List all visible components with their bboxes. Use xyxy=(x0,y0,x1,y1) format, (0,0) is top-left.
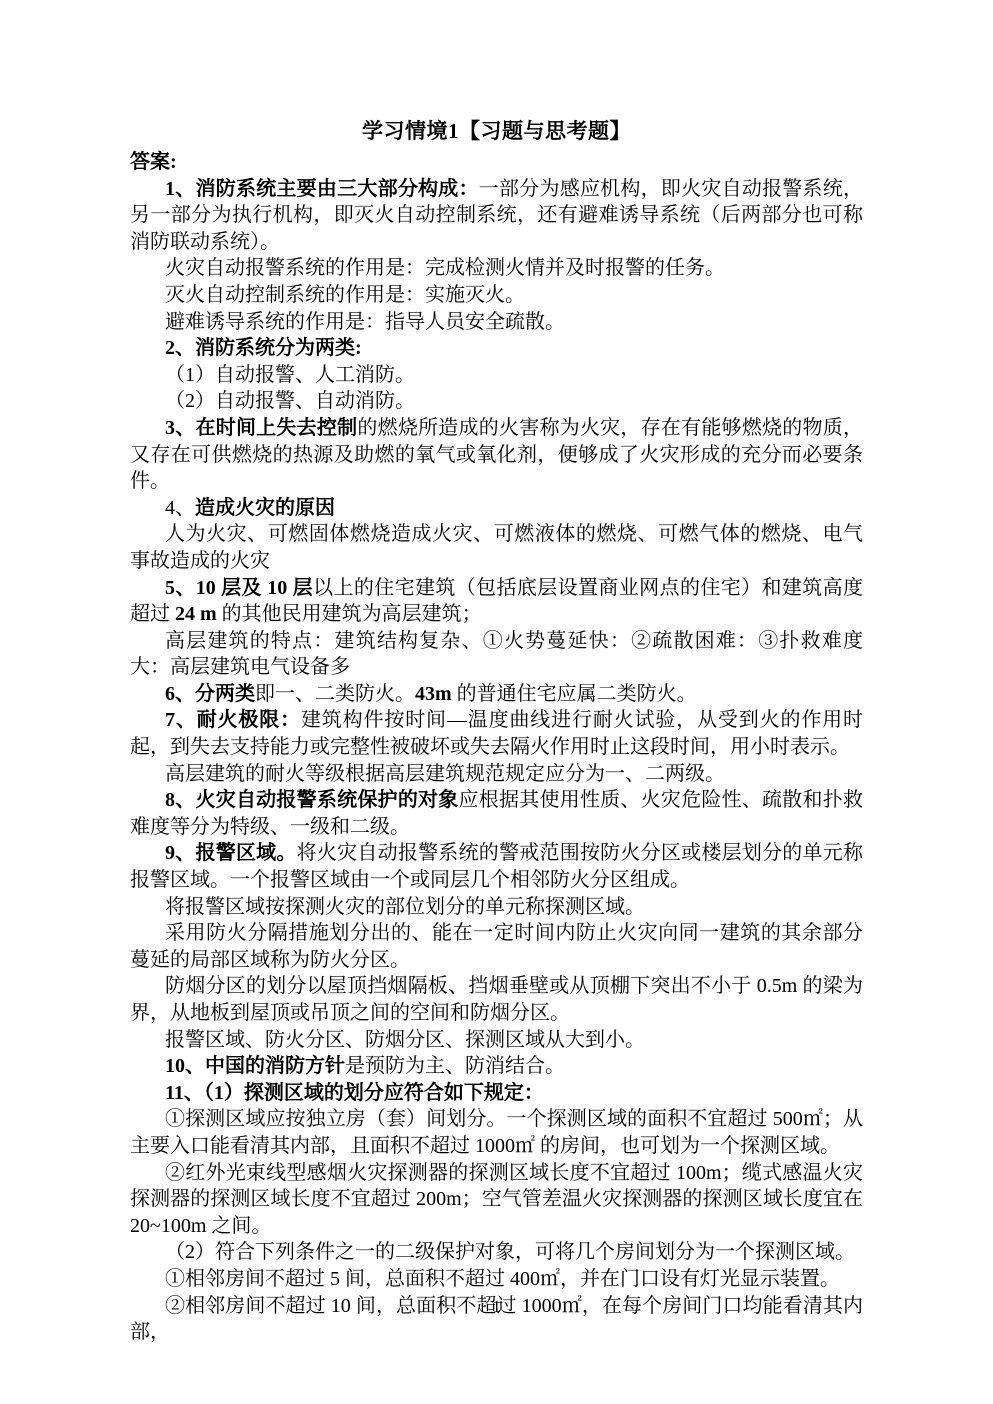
text-run: 防烟分区的划分以屋顶挡烟隔板、挡烟垂壁或从顶棚下突出不小于 0.5m 的梁为界，… xyxy=(130,975,863,1024)
paragraph: 5、10 层及 10 层以上的住宅建筑（包括底层设置商业网点的住宅）和建筑高度超… xyxy=(130,575,863,628)
paragraph: （2）自动报警、自动消防。 xyxy=(130,388,863,415)
text-run: 采用防火分隔措施划分出的、能在一定时间内防止火灾向同一建筑的其余部分蔓延的局部区… xyxy=(130,922,863,971)
page-number: 1 xyxy=(0,1296,993,1318)
document-body: 答案:1、消防系统主要由三大部分构成：一部分为感应机构，即火灾自动报警系统，另一… xyxy=(130,149,863,1346)
text-run: 人为火灾、可燃固体燃烧造成火灾、可燃液体的燃烧、可燃气体的燃烧、电气事故造成的火… xyxy=(130,523,863,572)
text-run: 的其他民用建筑为高层建筑； xyxy=(217,603,482,625)
paragraph: 报警区域、防火分区、防烟分区、探测区域从大到小。 xyxy=(130,1027,863,1054)
paragraph: 高层建筑的特点：建筑结构复杂、①火势蔓延快：②疏散困难：③扑救难度大：高层建筑电… xyxy=(130,628,863,681)
paragraph: 4、造成火灾的原因 xyxy=(130,495,863,522)
text-run: 火灾自动报警系统的作用是：完成检测火情并及时报警的任务。 xyxy=(165,257,725,279)
text-run-bold: 43m xyxy=(415,683,452,705)
paragraph: 将报警区域按探测火灾的部位划分的单元称探测区域。 xyxy=(130,894,863,921)
text-run: 的普通住宅应属二类防火。 xyxy=(452,683,697,705)
paragraph: 防烟分区的划分以屋顶挡烟隔板、挡烟垂壁或从顶棚下突出不小于 0.5m 的梁为界，… xyxy=(130,973,863,1026)
text-run-bold: 10、中国的消防方针 xyxy=(165,1055,345,1077)
text-run: （1）自动报警、人工消防。 xyxy=(165,364,415,386)
text-run: （2）符合下列条件之一的二级保护对象，可将几个房间划分为一个探测区域。 xyxy=(165,1241,855,1263)
text-run-bold: 造成火灾的原因 xyxy=(195,497,335,519)
text-run: 灭火自动控制系统的作用是：实施灭火。 xyxy=(165,284,525,306)
text-run: （2）自动报警、自动消防。 xyxy=(165,390,415,412)
paragraph: 2、消防系统分为两类: xyxy=(130,335,863,362)
text-run: ①探测区域应按独立房（套）间划分。一个探测区域的面积不宜超过 500㎡；从主要入… xyxy=(130,1108,863,1157)
paragraph: 9、报警区域。将火灾自动报警系统的警戒范围按防火分区或楼层划分的单元称报警区域。… xyxy=(130,840,863,893)
paragraph: 10、中国的消防方针是预防为主、防消结合。 xyxy=(130,1053,863,1080)
text-run-bold: 11、（1）探测区域的划分应符合如下规定： xyxy=(165,1082,544,1104)
text-run-bold: 8、火灾自动报警系统保护的对象 xyxy=(165,789,459,811)
paragraph: ①相邻房间不超过 5 间，总面积不超过 400㎡，并在门口设有灯光显示装置。 xyxy=(130,1266,863,1293)
text-run: 即一、二类防火。 xyxy=(255,683,415,705)
text-run-bold: 3、在时间上失去控制 xyxy=(165,417,357,439)
text-run-bold: 2、消防系统分为两类: xyxy=(165,337,362,359)
document-page: 学习情境1【习题与思考题】 答案:1、消防系统主要由三大部分构成：一部分为感应机… xyxy=(0,0,993,1404)
text-run-bold: 24 m xyxy=(175,603,217,625)
paragraph: 灭火自动控制系统的作用是：实施灭火。 xyxy=(130,282,863,309)
text-run: 4、 xyxy=(165,497,195,519)
paragraph: 8、火灾自动报警系统保护的对象应根据其使用性质、火灾危险性、疏散和扑救难度等分为… xyxy=(130,787,863,840)
text-run: ②红外光束线型感烟火灾探测器的探测区域长度不宜超过 100m；缆式感温火灾探测器… xyxy=(130,1162,863,1237)
text-run: 避难诱导系统的作用是：指导人员安全疏散。 xyxy=(165,311,565,333)
paragraph: 人为火灾、可燃固体燃烧造成火灾、可燃液体的燃烧、可燃气体的燃烧、电气事故造成的火… xyxy=(130,521,863,574)
paragraph: 避难诱导系统的作用是：指导人员安全疏散。 xyxy=(130,309,863,336)
text-run: ①相邻房间不超过 5 间，总面积不超过 400㎡，并在门口设有灯光显示装置。 xyxy=(165,1268,840,1290)
document-title: 学习情境1【习题与思考题】 xyxy=(130,118,863,145)
paragraph: ②红外光束线型感烟火灾探测器的探测区域长度不宜超过 100m；缆式感温火灾探测器… xyxy=(130,1160,863,1240)
text-run: 报警区域、防火分区、防烟分区、探测区域从大到小。 xyxy=(165,1029,645,1051)
text-run: 高层建筑的耐火等级根据高层建筑规范规定应分为一、二两级。 xyxy=(165,763,725,785)
paragraph: 7、耐火极限：建筑构件按时间—温度曲线进行耐火试验，从受到火的作用时起，到失去支… xyxy=(130,707,863,760)
paragraph: 1、消防系统主要由三大部分构成：一部分为感应机构，即火灾自动报警系统，另一部分为… xyxy=(130,176,863,256)
paragraph: （2）符合下列条件之一的二级保护对象，可将几个房间划分为一个探测区域。 xyxy=(130,1239,863,1266)
paragraph: ①探测区域应按独立房（套）间划分。一个探测区域的面积不宜超过 500㎡；从主要入… xyxy=(130,1106,863,1159)
text-run-bold: 答案: xyxy=(130,151,177,173)
text-run-bold: 1、消防系统主要由三大部分构成： xyxy=(165,178,479,200)
paragraph: 3、在时间上失去控制的燃烧所造成的火害称为火灾，存在有能够燃烧的物质，又存在可供… xyxy=(130,415,863,495)
paragraph: 高层建筑的耐火等级根据高层建筑规范规定应分为一、二两级。 xyxy=(130,761,863,788)
paragraph: （1）自动报警、人工消防。 xyxy=(130,362,863,389)
paragraph: 火灾自动报警系统的作用是：完成检测火情并及时报警的任务。 xyxy=(130,255,863,282)
paragraph: 11、（1）探测区域的划分应符合如下规定： xyxy=(130,1080,863,1107)
text-run: 将报警区域按探测火灾的部位划分的单元称探测区域。 xyxy=(165,896,645,918)
text-run-bold: 6、分两类 xyxy=(165,683,255,705)
paragraph: 答案: xyxy=(130,149,863,176)
text-run: 是预防为主、防消结合。 xyxy=(345,1055,565,1077)
text-run-bold: 5、10 层及 10 层 xyxy=(165,577,313,599)
paragraph: 6、分两类即一、二类防火。43m 的普通住宅应属二类防火。 xyxy=(130,681,863,708)
text-run-bold: 7、耐火极限： xyxy=(165,709,301,731)
paragraph: 采用防火分隔措施划分出的、能在一定时间内防止火灾向同一建筑的其余部分蔓延的局部区… xyxy=(130,920,863,973)
text-run-bold: 9、报警区域。 xyxy=(165,842,297,864)
text-run: 高层建筑的特点：建筑结构复杂、①火势蔓延快：②疏散困难：③扑救难度大：高层建筑电… xyxy=(130,630,863,679)
